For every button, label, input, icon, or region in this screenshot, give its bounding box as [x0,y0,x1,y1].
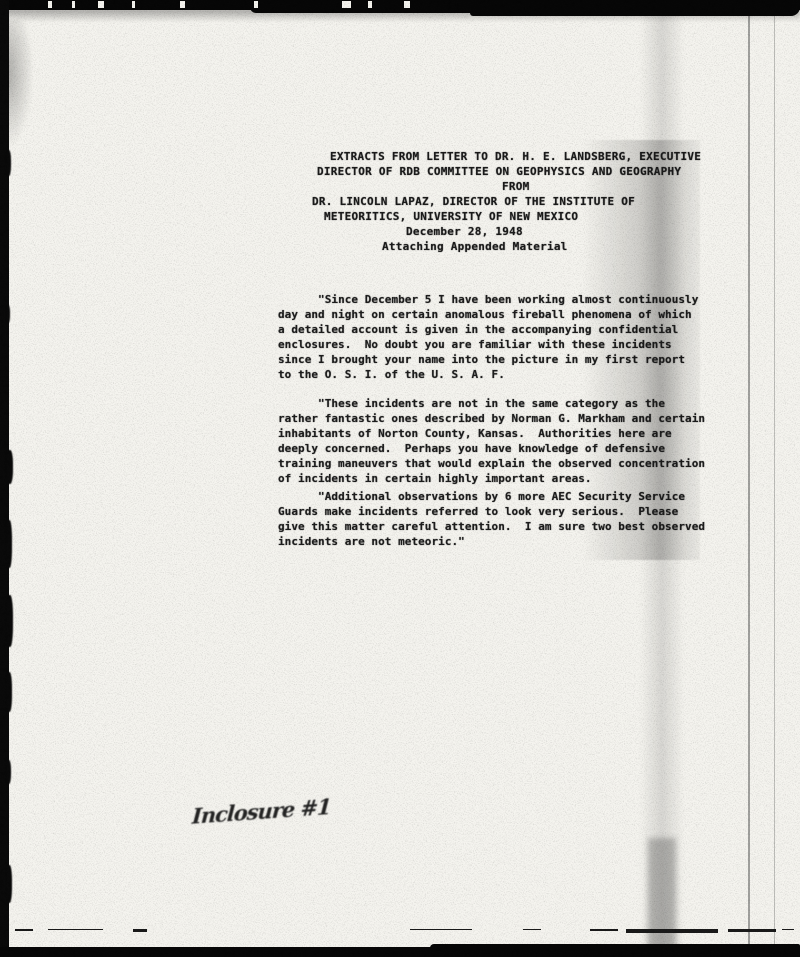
paragraph-1: "Since December 5 I have been working al… [278,292,738,382]
scan-artifact-left-blotch [6,865,12,903]
scan-artifact-dash [410,929,472,930]
scan-artifact-dash [590,929,618,931]
scanned-document-page: EXTRACTS FROM LETTER TO DR. H. E. LANDSB… [0,0,800,957]
scan-artifact-top-slit [342,1,351,8]
scan-artifact-left-blotch [6,595,13,647]
scan-artifact-top-slit [404,1,410,8]
scan-artifact-top-edge-mid [250,0,480,13]
header-line-6-date: December 28, 1948 [406,224,800,239]
scan-artifact-left-blotch [6,760,11,784]
scan-artifact-left-blotch [6,450,13,484]
scan-artifact-fold-line-2 [774,0,775,957]
scan-artifact-top-slit [48,1,52,8]
scan-artifact-fold-line [748,0,750,957]
header-line-1: EXTRACTS FROM LETTER TO DR. H. E. LANDSB… [330,149,800,164]
scan-artifact-bottom-edge-2 [430,944,800,950]
scan-artifact-bottom-edge [0,947,800,957]
scan-artifact-dash [15,929,33,931]
scan-artifact-left-blotch [6,520,12,568]
scan-artifact-dash [523,929,541,930]
header-line-5: METEORITICS, UNIVERSITY OF NEW MEXICO [324,209,800,224]
scan-artifact-left-blotch [6,305,10,323]
scan-artifact-top-slit [254,1,258,8]
header-line-3: FROM [502,179,800,194]
scan-artifact-dash [48,929,103,930]
scan-artifact-dash [782,929,794,930]
header-line-4: DR. LINCOLN LAPAZ, DIRECTOR OF THE INSTI… [312,194,800,209]
scan-artifact-top-slit [132,1,135,8]
scan-artifact-top-edge [0,0,800,10]
paragraph-3: "Additional observations by 6 more AEC S… [278,489,738,549]
scan-artifact-dash [626,929,718,933]
scan-artifact-left-blotch [6,672,12,712]
scan-artifact-left-edge [0,0,9,957]
paragraph-2: "These incidents are not in the same cat… [278,396,738,486]
scan-artifact-top-slit [98,1,104,8]
handwritten-enclosure-note: Inclosure #1 [191,794,331,829]
scan-artifact-dash [728,929,776,932]
scan-artifact-top-shadow [0,9,800,22]
scan-artifact-dash [133,929,147,932]
scan-artifact-top-slit [72,1,75,8]
scan-artifact-top-edge-right [470,0,800,16]
scan-artifact-corner-speckle [0,20,34,150]
scan-artifact-top-slit [368,1,372,8]
header-line-2: DIRECTOR OF RDB COMMITTEE ON GEOPHYSICS … [317,164,800,179]
scan-artifact-top-slit [180,1,185,8]
scan-artifact-fold-smudge-bottom [648,838,676,957]
document-header: EXTRACTS FROM LETTER TO DR. H. E. LANDSB… [0,149,800,254]
header-line-7: Attaching Appended Material [382,239,800,254]
